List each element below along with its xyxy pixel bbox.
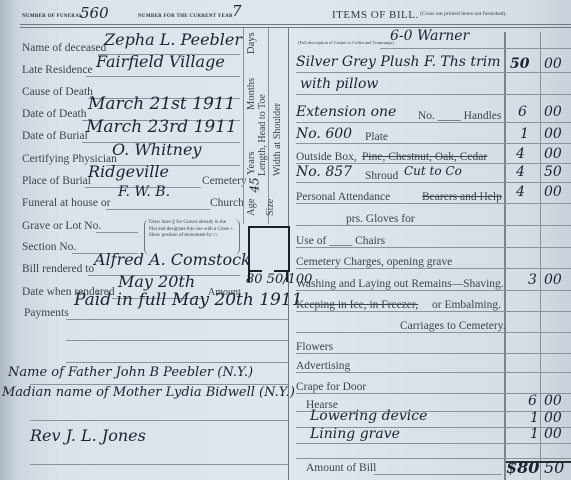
field-line [106,209,210,210]
place-of-burial-label: Place of Burial [22,175,91,187]
date-of-death-value: March 21st 1911 [88,94,235,114]
years-label: Years [246,152,257,175]
section-no-label: Section No. [22,241,76,253]
date-rendered-value: May 20th [118,272,195,291]
years-value: 45 [248,177,262,192]
payments-label: Payments [24,307,69,319]
minister-note: Rev J. L. Jones [30,426,146,445]
grave-instruction-text: Draw lines ||| for Graves already in the… [149,220,235,240]
casket-trim-value: Silver Grey Plush F. Ths trim [296,54,500,70]
funeral-at-label: Funeral at house or [22,197,110,209]
row-line [296,94,571,95]
row-line [296,290,571,291]
bill-rendered-label: Bill rendered to [22,263,94,275]
casket-dollars: 50 [510,56,529,72]
date-of-burial-label: Date of Burial [22,130,88,142]
mother-note: Madian name of Mother Lydia Bidwell (N.Y… [2,385,295,400]
amount-of-bill-label: Amount of Bill [306,462,376,474]
row-line [380,48,571,49]
row-line [374,474,502,475]
embalming-cents: 00 [544,272,562,288]
plate-cents: 00 [544,126,562,142]
name-of-deceased-label: Name of deceased [22,42,106,54]
funeral-at-value: F. W. B. [118,184,170,200]
row-line [296,143,571,144]
washing-label: Washing and Laying out Remains—Shaving. [296,278,504,290]
blank-line [66,362,288,363]
name-of-deceased-value: Zepha L. Peebler [104,30,242,49]
church-suffix: Church [210,197,244,209]
casket-model-value: 6-0 Warner [390,28,469,44]
hearse-dollars: 6 [528,393,537,409]
crape-label: Crape for Door [296,381,366,393]
late-residence-value: Fairfield Village [96,52,225,71]
funeral-number-label: Number of Funeral [22,14,83,19]
embalming-label: or Embalming. [432,299,501,311]
date-of-death-label: Date of Death [22,108,87,120]
months-label: Months [246,78,257,110]
certifying-physician-value: O. Whitney [112,140,201,159]
cemetery-suffix: Cemetery [202,175,247,187]
blank-line [30,464,288,465]
row-line [296,247,571,248]
row-line [296,372,571,373]
cemetery-charges-label: Cemetery Charges, opening grave [296,256,452,268]
funeral-record-page: Number of Funeral 560 Number for the Cur… [0,0,571,480]
personal-attendance-struck: Bearers and Help [422,191,502,203]
size-column-divider [268,28,269,224]
handles-cents: 00 [544,104,562,120]
shroud-dollars: 4 [516,164,525,180]
field-line [96,232,138,233]
lining-grave-dollars: 1 [530,426,539,442]
father-note: Name of Father John B Peebler (N.Y.) [8,365,253,380]
grave-diagram-foot-right [274,270,288,282]
lowering-device-dollars: 1 [530,410,539,426]
age-column-divider [243,28,244,224]
width-label: Width at Shoulder [272,103,283,176]
personal-attendance-cents: 00 [544,184,562,200]
plate-dollars: 1 [520,126,529,142]
field-line [66,319,288,320]
handles-label: No. ____ Handles [418,110,501,122]
dollars-column-divider [504,32,506,480]
header-rule-2 [20,27,571,28]
casket-pillow-value: with pillow [300,76,378,92]
lowering-device-cents: 00 [544,410,562,426]
carriages-label: Carriages to Cemetery. [400,320,506,332]
late-residence-label: Late Residence [22,64,93,76]
blank-line [30,420,288,421]
days-label: Days [246,32,257,54]
place-of-burial-value: Ridgeville [88,162,169,181]
plate-label: Plate [365,131,388,143]
row-line [296,225,571,226]
date-of-burial-value: March 23rd 1911 [86,117,237,137]
items-of-bill-title: ITEMS OF BILL. [332,9,419,21]
grave-diagram-foot-left [248,270,262,282]
bill-rendered-value: Alfred A. Comstock [94,250,251,269]
embalming-dollars: 3 [528,272,537,288]
shroud-label: Shroud [365,170,398,182]
personal-attendance-label: Personal Attendance [296,191,390,203]
size-label: Size [265,199,276,216]
row-line [296,268,571,269]
lining-grave-desc: Lining grave [310,426,400,442]
row-line [296,122,571,123]
row-line [296,443,571,444]
outside-box-dollars: 4 [516,146,525,162]
handles-desc: Extension one [296,104,396,120]
amount-of-bill-cents: 50 [544,458,564,477]
shroud-number: No. 857 [296,164,352,180]
payments-value: Paid in full May 20th 1911 [74,290,302,310]
personal-attendance-dollars: 4 [516,184,525,200]
shroud-cents: 50 [544,164,562,180]
grave-lot-label: Grave or Lot No. [22,220,101,232]
casket-description-label: (Full description of Casket or Coffin an… [298,40,394,45]
lining-grave-cents: 00 [544,426,562,442]
row-line [296,182,571,183]
advertising-label: Advertising [296,360,350,372]
outside-box-label: Outside Box, [296,151,357,163]
current-year-label: Number for the Current Year [138,14,233,19]
cents-column-divider [540,32,541,480]
outside-box-cents: 00 [544,146,562,162]
items-of-bill-subtitle: (Cross out printed items not furnished). [420,11,507,17]
flowers-label: Flowers [296,341,333,353]
blank-line [66,340,288,341]
row-line [296,332,571,333]
keeping-ice-struck: Keeping in Ice, in Freezer, [296,299,418,311]
lowering-device-desc: Lowering device [310,408,427,424]
row-line [296,72,571,73]
length-label: Length, Head to Toe [257,94,268,176]
plate-desc: No. 600 [296,126,352,142]
hearse-cents: 00 [544,393,562,409]
amount-of-bill-dollars: $80 [506,458,539,477]
current-year-value: 7 [232,2,242,20]
funeral-number-value: 560 [80,4,109,22]
handles-dollars: 6 [518,104,527,120]
casket-cents: 00 [544,56,562,72]
row-line [296,203,571,204]
field-line [86,76,240,77]
chairs-label: Use of ____ Chairs [296,235,385,247]
row-line [296,311,571,312]
gloves-label: prs. Gloves for [346,213,415,225]
header-rule [20,24,571,25]
cause-of-death-label: Cause of Death [22,86,93,98]
grave-diagram-box [248,226,290,272]
outside-box-struck-options: Pine, Chestnut, Oak, Cedar [362,151,487,163]
row-line [296,353,571,354]
shroud-desc: Cut to Co [404,164,462,178]
age-label: Age [246,199,257,217]
